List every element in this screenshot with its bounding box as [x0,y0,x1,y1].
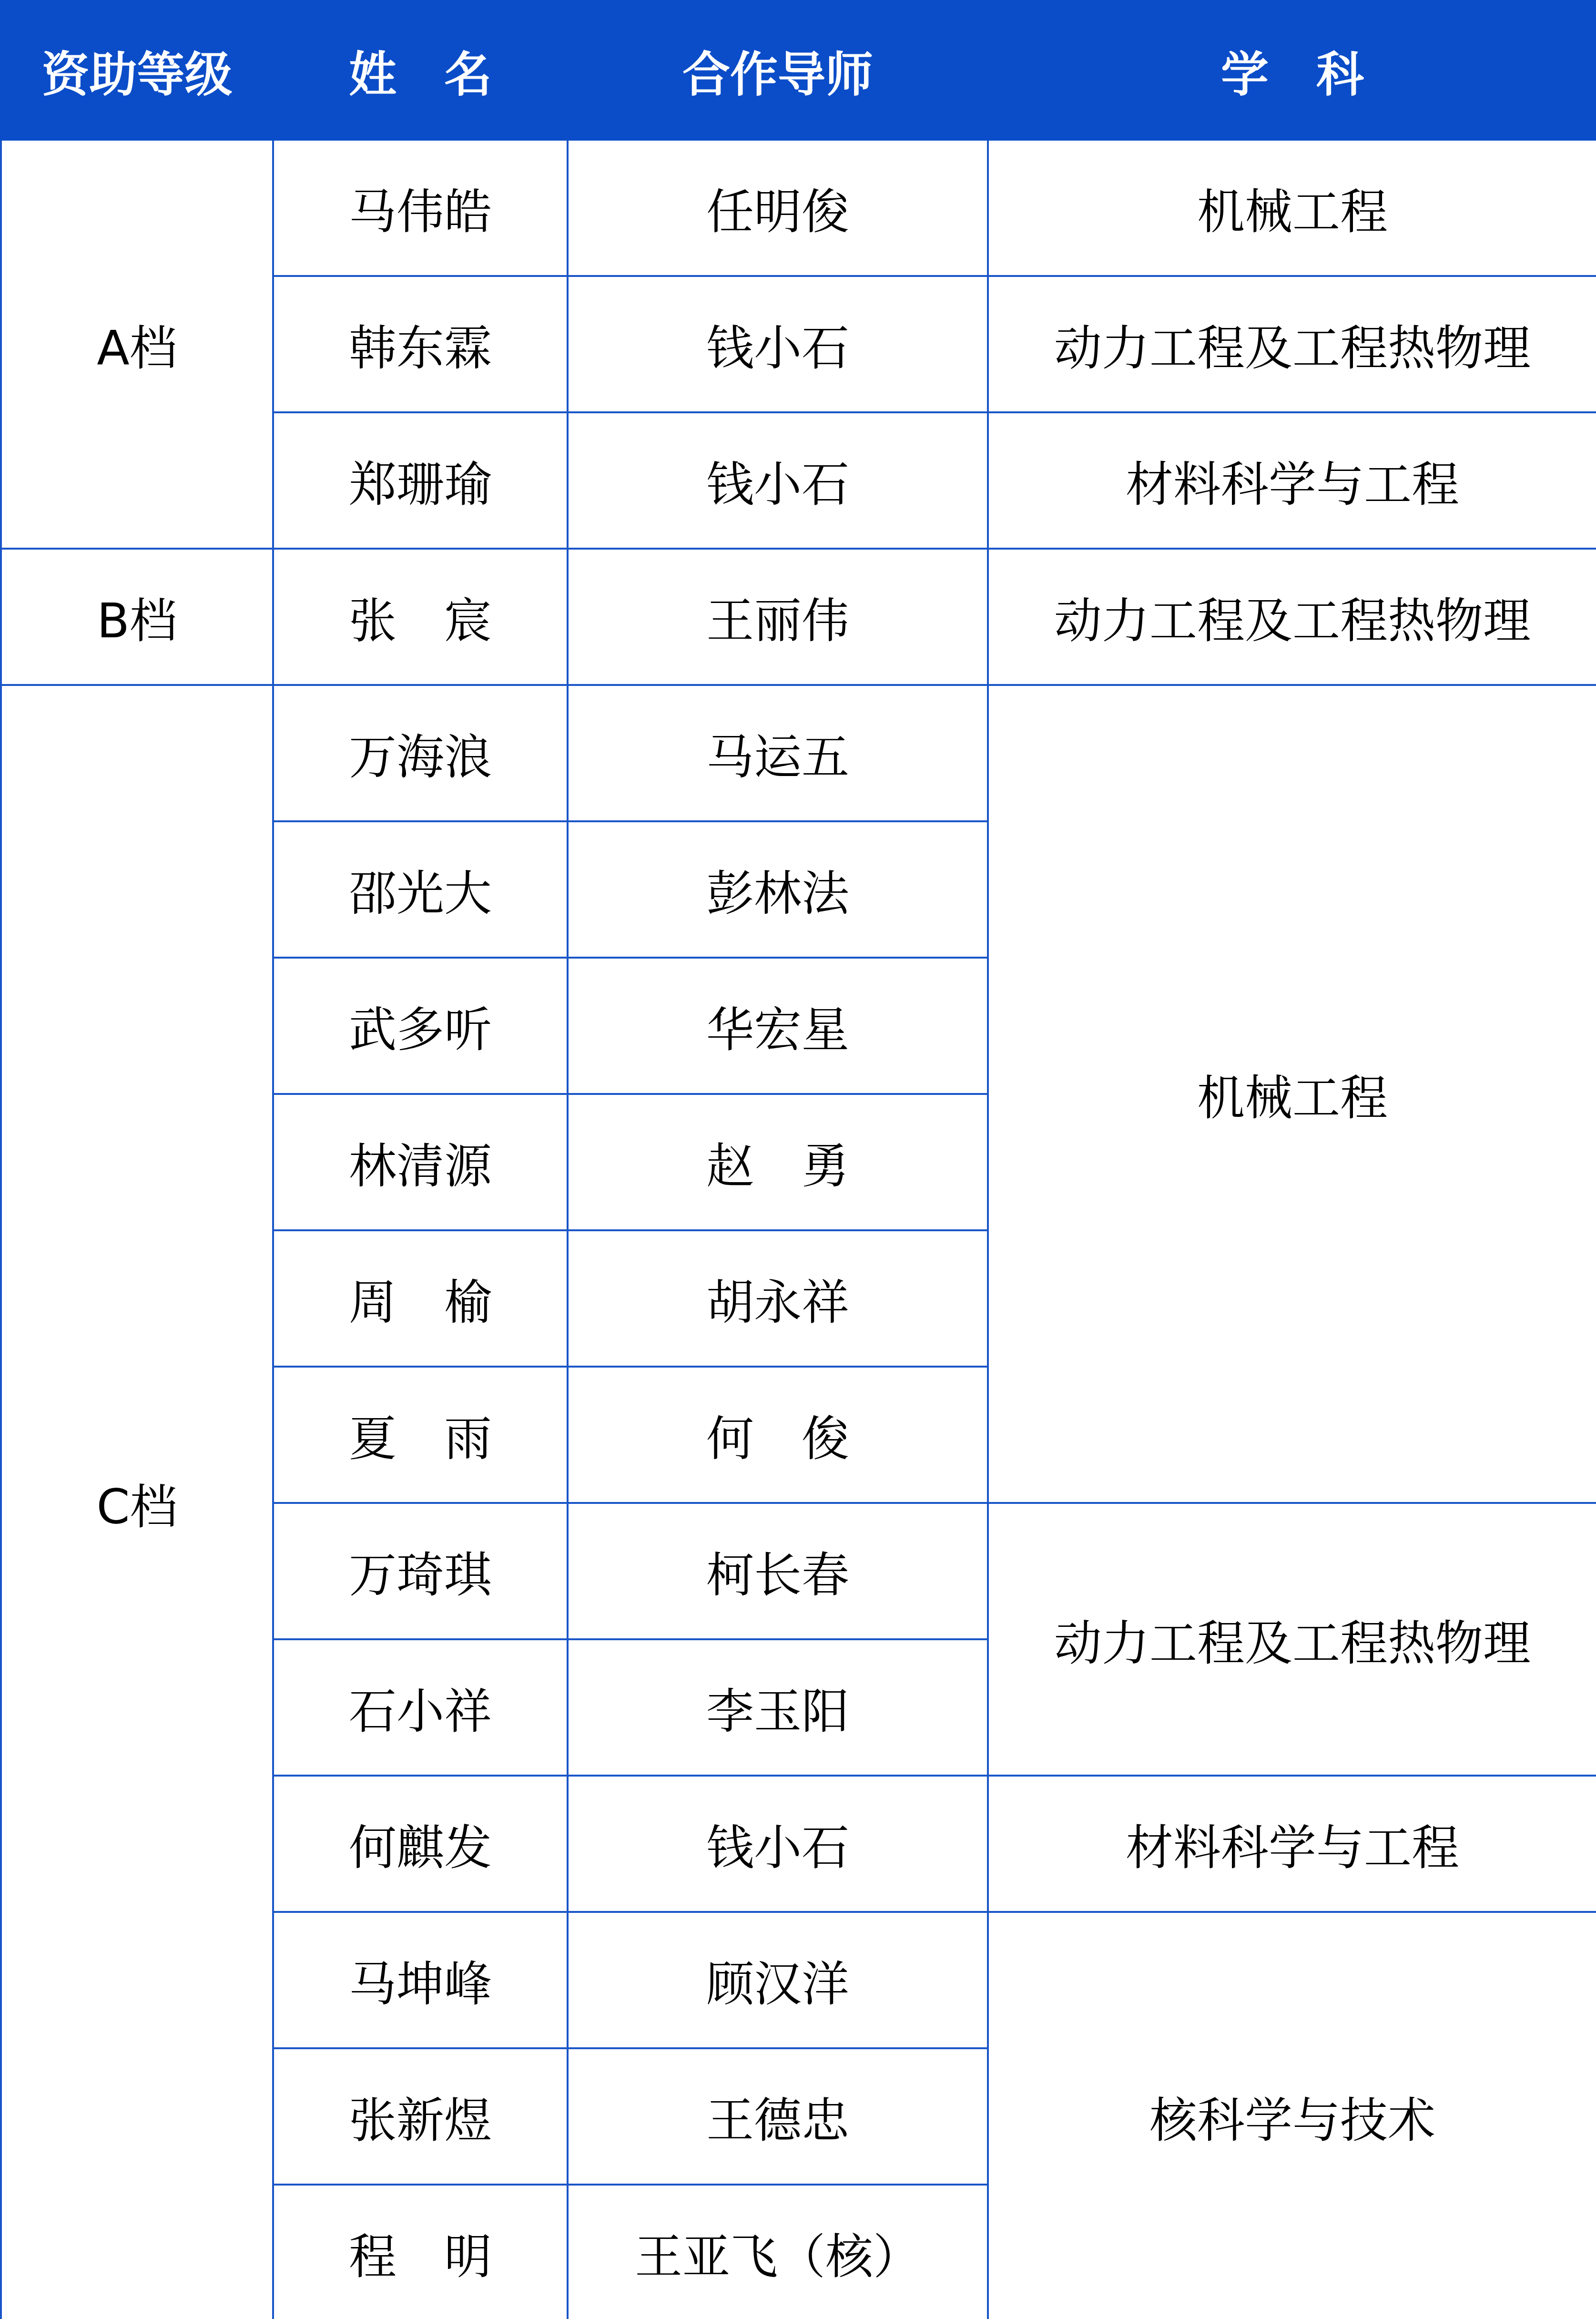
name-cell: 韩东霖 [273,276,568,412]
grade-cell-a: A档 [1,140,273,549]
advisor-cell: 马运五 [568,685,988,821]
name-cell: 万琦琪 [273,1503,568,1639]
name-cell: 林清源 [273,1094,568,1230]
header-advisor: 合作导师 [568,1,988,140]
name-cell: 程 明 [273,2185,568,2319]
advisor-cell: 李玉阳 [568,1639,988,1776]
advisor-cell: 王丽伟 [568,549,988,685]
name-cell: 张 宸 [273,549,568,685]
funding-table: 资助等级 姓 名 合作导师 学 科 A档 马伟皓 任明俊 机械工程 韩东霖 钱小… [0,0,1596,2319]
name-cell: 张新煜 [273,2048,568,2185]
name-cell: 马伟皓 [273,140,568,276]
header-name: 姓 名 [273,1,568,140]
name-cell: 夏 雨 [273,1367,568,1503]
discipline-cell: 核科学与技术 [988,1912,1596,2319]
name-cell: 万海浪 [273,685,568,821]
table-row: A档 马伟皓 任明俊 机械工程 [1,140,1596,276]
discipline-cell: 材料科学与工程 [988,412,1596,549]
advisor-cell: 赵 勇 [568,1094,988,1230]
advisor-cell: 柯长春 [568,1503,988,1639]
name-cell: 何麒发 [273,1776,568,1912]
advisor-cell: 华宏星 [568,958,988,1094]
discipline-cell: 动力工程及工程热物理 [988,276,1596,412]
table-header: 资助等级 姓 名 合作导师 学 科 [1,1,1596,140]
grade-cell-b: B档 [1,549,273,685]
name-cell: 马坤峰 [273,1912,568,2048]
table-row: C档 万海浪 马运五 机械工程 [1,685,1596,821]
name-cell: 石小祥 [273,1639,568,1776]
discipline-cell: 材料科学与工程 [988,1776,1596,1912]
name-cell: 郑珊瑜 [273,412,568,549]
discipline-cell: 机械工程 [988,685,1596,1503]
name-cell: 周 榆 [273,1230,568,1367]
header-discipline: 学 科 [988,1,1596,140]
name-cell: 武多听 [273,958,568,1094]
advisor-cell: 顾汉洋 [568,1912,988,2048]
discipline-cell: 动力工程及工程热物理 [988,1503,1596,1776]
table-body: A档 马伟皓 任明俊 机械工程 韩东霖 钱小石 动力工程及工程热物理 郑珊瑜 钱… [1,140,1596,2319]
advisor-cell: 钱小石 [568,276,988,412]
name-cell: 邵光大 [273,821,568,958]
advisor-cell: 王亚飞（核） [568,2185,988,2319]
table-row: B档 张 宸 王丽伟 动力工程及工程热物理 [1,549,1596,685]
discipline-cell: 机械工程 [988,140,1596,276]
advisor-cell: 彭林法 [568,821,988,958]
grade-cell-c: C档 [1,685,273,2319]
header-grade: 资助等级 [1,1,273,140]
advisor-cell: 钱小石 [568,1776,988,1912]
advisor-cell: 何 俊 [568,1367,988,1503]
advisor-cell: 王德忠 [568,2048,988,2185]
advisor-cell: 胡永祥 [568,1230,988,1367]
discipline-cell: 动力工程及工程热物理 [988,549,1596,685]
advisor-cell: 任明俊 [568,140,988,276]
advisor-cell: 钱小石 [568,412,988,549]
